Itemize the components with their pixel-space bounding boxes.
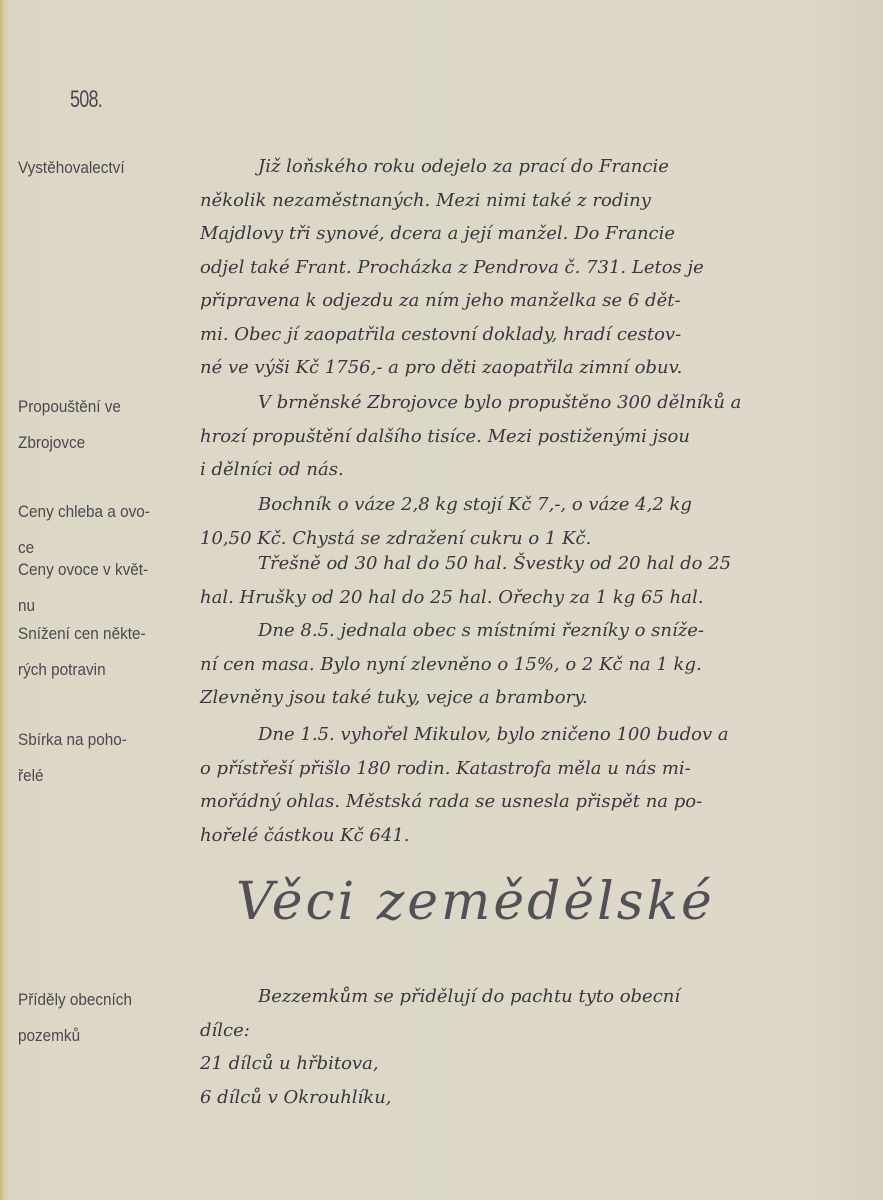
text-line: hal. Hrušky od 20 hal do 25 hal. Ořechy …	[200, 581, 850, 615]
text-line: V brněnské Zbrojovce bylo propuštěno 300…	[200, 386, 850, 420]
entry-fruit-prices: Třešně od 30 hal do 50 hal. Švestky od 2…	[200, 547, 850, 614]
margin-note-line: řelé	[18, 766, 44, 785]
margin-note-emigration: Vystěhovalectví	[18, 150, 125, 186]
entry-land-allocation: Bezzemkům se přidělují do pachtu tyto ob…	[200, 980, 850, 1114]
text-line: o přístřeší přišlo 180 rodin. Katastrofa…	[200, 752, 850, 786]
text-line: mořádný ohlas. Městská rada se usnesla p…	[200, 785, 850, 819]
text-line: dílce:	[200, 1014, 850, 1048]
text-line: Bochník o váze 2,8 kg stojí Kč 7,-, o vá…	[200, 488, 850, 522]
page-number: 508.	[70, 86, 102, 114]
text-line: hrozí propuštění dalšího tisíce. Mezi po…	[200, 420, 850, 454]
margin-note-fruit-prices: Ceny ovoce v květ- nu	[18, 552, 148, 624]
margin-note-layoffs: Propouštění ve Zbrojovce	[18, 389, 121, 461]
text-line: Zlevněny jsou také tuky, vejce a brambor…	[200, 681, 850, 715]
text-line: připravena k odjezdu za ním jeho manželk…	[200, 284, 850, 318]
ledger-page: 508. Vystěhovalectví Již loňského roku o…	[0, 0, 883, 1200]
margin-note-line: Zbrojovce	[18, 433, 85, 452]
text-line: Dne 8.5. jednala obec s místními řezníky…	[200, 614, 850, 648]
margin-note-line: pozemků	[18, 1026, 80, 1045]
text-line: Bezzemkům se přidělují do pachtu tyto ob…	[200, 980, 850, 1014]
margin-note-land-allocation: Příděly obecních pozemků	[18, 982, 132, 1054]
margin-note-line: Sbírka na poho-	[18, 730, 127, 749]
section-heading: Věci zemědělské	[236, 872, 715, 932]
margin-note-fire-relief: Sbírka na poho- řelé	[18, 722, 127, 794]
text-line: 21 dílců u hřbitova,	[200, 1047, 850, 1081]
entry-bread-prices: Bochník o váze 2,8 kg stojí Kč 7,-, o vá…	[200, 488, 850, 555]
entry-emigration: Již loňského roku odejelo za prací do Fr…	[200, 150, 850, 385]
margin-note-line: Snížení cen někte-	[18, 624, 146, 643]
text-line: mi. Obec jí zaopatřila cestovní doklady,…	[200, 318, 850, 352]
text-line: 6 dílců v Okrouhlíku,	[200, 1081, 850, 1115]
text-line: Již loňského roku odejelo za prací do Fr…	[200, 150, 850, 184]
margin-note-line: rých potravin	[18, 660, 106, 679]
text-line: Dne 1.5. vyhořel Mikulov, bylo zničeno 1…	[200, 718, 850, 752]
text-line: Třešně od 30 hal do 50 hal. Švestky od 2…	[200, 547, 850, 581]
margin-note-line: nu	[18, 596, 35, 615]
margin-note-price-cuts: Snížení cen někte- rých potravin	[18, 616, 146, 688]
entry-fire-relief: Dne 1.5. vyhořel Mikulov, bylo zničeno 1…	[200, 718, 850, 852]
text-line: ní cen masa. Bylo nyní zlevněno o 15%, o…	[200, 648, 850, 682]
text-line: odjel také Frant. Procházka z Pendrova č…	[200, 251, 850, 285]
text-line: několik nezaměstnaných. Mezi nimi také z…	[200, 184, 850, 218]
margin-note-line: Ceny ovoce v květ-	[18, 560, 148, 579]
text-line: hořelé částkou Kč 641.	[200, 819, 850, 853]
text-line: Majdlovy tři synové, dcera a její manžel…	[200, 217, 850, 251]
entry-price-cuts: Dne 8.5. jednala obec s místními řezníky…	[200, 614, 850, 715]
margin-note-line: Ceny chleba a ovo-	[18, 502, 150, 521]
text-line: i dělníci od nás.	[200, 453, 850, 487]
entry-layoffs: V brněnské Zbrojovce bylo propuštěno 300…	[200, 386, 850, 487]
margin-note-line: Propouštění ve	[18, 397, 121, 416]
text-line: né ve výši Kč 1756,- a pro děti zaopatři…	[200, 351, 850, 385]
margin-note-line: Příděly obecních	[18, 990, 132, 1009]
margin-note-line: Vystěhovalectví	[18, 158, 125, 177]
